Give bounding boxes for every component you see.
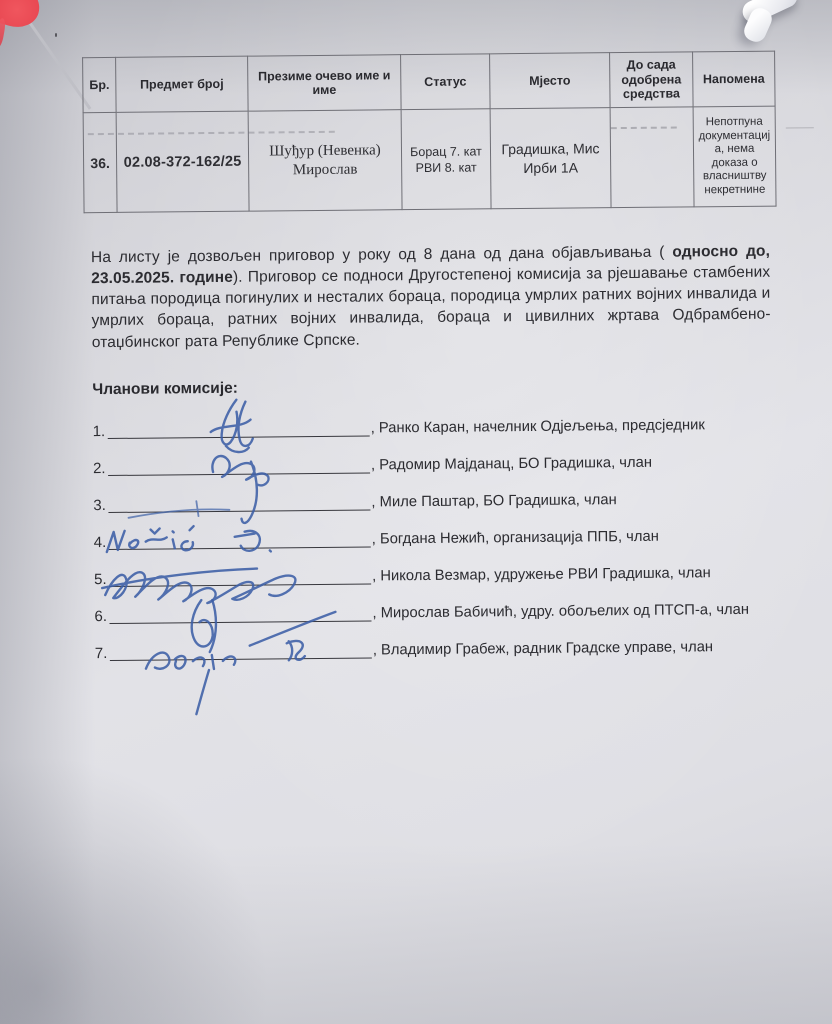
- members-heading: Чланови комисије:: [92, 380, 238, 399]
- col-header-napomena: Напомена: [693, 51, 776, 107]
- member-number: 3.: [93, 498, 108, 513]
- member-name: , Владимир Грабеж, радник Градске управе…: [373, 639, 713, 658]
- signature-line: [110, 621, 372, 661]
- member-name: , Богдана Нежић, организација ППБ, члан: [372, 529, 659, 548]
- cell-sredstva: [610, 107, 694, 208]
- signature-line: [109, 584, 371, 624]
- cell-prezime: Шуђур (Невенка) Мирослав: [248, 110, 402, 211]
- member-number: 6.: [94, 609, 109, 624]
- mjesto-line-2: Ирби 1А: [494, 158, 607, 178]
- document-content: Бр. Предмет број Презиме очево име и име…: [0, 0, 832, 1024]
- col-header-br: Бр.: [83, 57, 117, 112]
- appeal-paragraph: На листу је дозвољен приговор у року од …: [91, 240, 771, 353]
- prezime-line-2: Мирослав: [252, 160, 398, 180]
- signature-line: [107, 399, 369, 439]
- signature-line: [108, 473, 370, 513]
- cell-mjesto: Градишка, Мис Ирби 1А: [490, 108, 611, 209]
- col-header-prezime: Презиме очево име и име: [248, 55, 402, 111]
- signature-line: [108, 436, 370, 476]
- cell-predmet-broj: 02.08-372-162/25: [116, 111, 249, 212]
- member-row-5: 5. , Никола Везмар, удружење РВИ Градишк…: [94, 543, 804, 587]
- ink-speck: [55, 33, 57, 37]
- member-number: 5.: [94, 572, 109, 587]
- status-line-2: РВИ 8. кат: [405, 159, 487, 176]
- signature-line: [108, 510, 370, 550]
- member-number: 7.: [95, 646, 110, 661]
- col-header-mjesto: Мјесто: [490, 53, 611, 109]
- scan-artifact-dash: [786, 127, 814, 128]
- cell-napomena: Непотпуна документација, нема доказа о в…: [693, 106, 776, 207]
- cell-status: Борац 7. кат РВИ 8. кат: [401, 109, 491, 210]
- table-row: 36. 02.08-372-162/25 Шуђур (Невенка) Мир…: [83, 106, 776, 213]
- member-number: 4.: [94, 535, 109, 550]
- mjesto-line-1: Градишка, Мис: [494, 139, 607, 159]
- col-header-predmet-broj: Предмет број: [116, 56, 249, 112]
- member-row-1: 1. , Ранко Каран, начелник Одјељења, пре…: [92, 395, 802, 439]
- member-number: 1.: [93, 424, 108, 439]
- prezime-line-1: Шуђур (Невенка): [252, 141, 398, 161]
- commission-members-list: 1. , Ранко Каран, начелник Одјељења, пре…: [92, 395, 804, 661]
- member-number: 2.: [93, 461, 108, 476]
- member-name: , Никола Везмар, удружење РВИ Градишка, …: [372, 565, 711, 584]
- member-name: , Радомир Мајданац, БО Градишка, члан: [371, 455, 652, 474]
- member-row-6: 6. , Мирослав Бабичић, удру. обољелих од…: [94, 580, 804, 624]
- signature-line: [109, 547, 371, 587]
- scanned-document-page: Бр. Предмет број Презиме очево име и име…: [0, 0, 832, 1024]
- col-header-status: Статус: [401, 54, 491, 110]
- paragraph-text: На листу је дозвољен приговор у року од …: [91, 243, 672, 266]
- member-row-7: 7. , Владимир Грабеж, радник Градске упр…: [95, 617, 805, 661]
- cell-br: 36.: [83, 112, 117, 212]
- table-header-row: Бр. Предмет број Презиме очево име и име…: [83, 51, 775, 113]
- member-name: , Ранко Каран, начелник Одјељења, предсј…: [371, 417, 705, 436]
- col-header-sredstva: До сада одобрена средства: [610, 52, 694, 108]
- member-name: , Миле Паштар, БО Градишка, члан: [371, 492, 617, 510]
- status-line-1: Борац 7. кат: [405, 143, 487, 160]
